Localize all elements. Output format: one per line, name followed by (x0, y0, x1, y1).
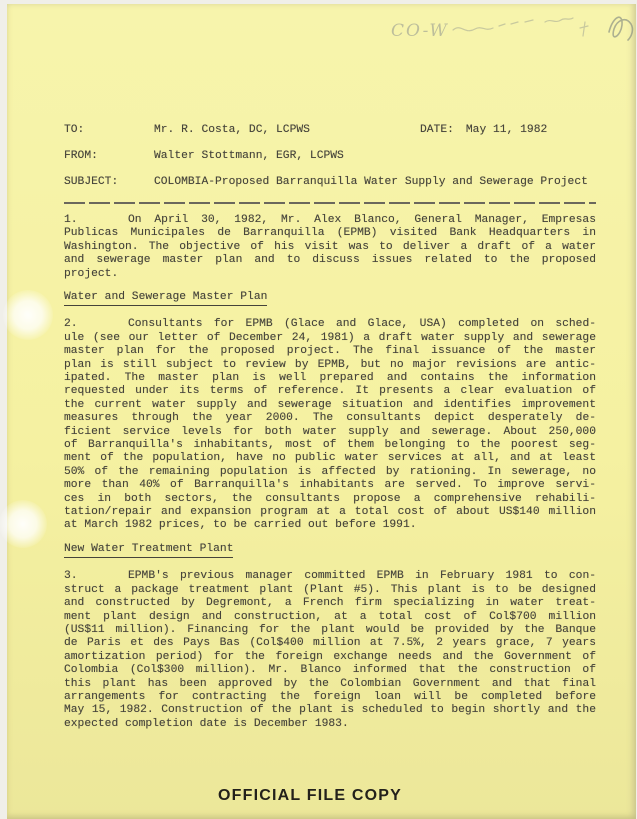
memo-paper: CO-W TO:Mr. R. Costa, DC, LCPWS DATE:May… (7, 4, 636, 819)
handwritten-text: CO-W (391, 21, 449, 41)
memo-line: and sewerage master plan and to discuss … (64, 254, 596, 267)
section-heading: Water and Sewerage Master Plan (64, 291, 267, 306)
scanned-memo-page: { "page": { "paper_color": "#f5f1a1", "i… (0, 0, 637, 819)
memo-from-row: FROM:Walter Stottmann, EGR, LCPWS (64, 150, 596, 163)
memo-subject-row: SUBJECT:COLOMBIA-Proposed Barranquilla W… (64, 176, 596, 189)
memo-line: 50% of the remaining population is affec… (64, 466, 596, 479)
subject-value: COLOMBIA-Proposed Barranquilla Water Sup… (154, 176, 588, 188)
to-label: TO: (64, 124, 154, 137)
paragraph-number: 3. (64, 570, 128, 583)
memo-line: this plant has been approved by the Colo… (64, 678, 596, 691)
memo-line: ment plant design and construction, at a… (64, 611, 596, 624)
memo-line: master plan for the proposed project. Th… (64, 345, 596, 358)
memo-line: plan is still subject to review by EPMB,… (64, 359, 596, 372)
subject-label: SUBJECT: (64, 176, 154, 189)
memo-line: ule (see our letter of December 24, 1981… (64, 332, 596, 345)
paragraph-number: 1. (64, 214, 128, 227)
paragraph-first-line-text: EPMB's previous manager committed EPMB i… (128, 570, 596, 582)
memo-line: Washington. The objective of his visit w… (64, 241, 596, 254)
memo-line: expected completion date is December 198… (64, 718, 596, 731)
memo-line: arrangements for contracting the foreign… (64, 691, 596, 704)
memo-line: requested under its terms of reference. … (64, 385, 596, 398)
paragraph: 1.On April 30, 1982, Mr. Alex Blanco, Ge… (64, 214, 596, 281)
handwritten-annotation: CO-W (387, 6, 637, 54)
paragraph: 2.Consultants for EPMB (Glace and Glace,… (64, 318, 596, 533)
memo-line: May 15, 1982. Construction of the plant … (64, 704, 596, 717)
memo-line: 3.EPMB's previous manager committed EPMB… (64, 570, 596, 583)
memo-line: measures through the year 2000. The cons… (64, 412, 596, 425)
date-label: DATE: (420, 124, 454, 136)
memo-line: de Paris et des Pays Bas (Col$400 millio… (64, 637, 596, 650)
memo-line: project. (64, 268, 596, 281)
memo-content: TO:Mr. R. Costa, DC, LCPWS DATE:May 11, … (64, 124, 596, 741)
section-heading-row: New Water Treatment Plant (64, 543, 596, 564)
separator-rule (64, 202, 596, 204)
memo-line: tation/repair and expansion program at a… (64, 506, 596, 519)
hole-punch-glow (3, 290, 53, 340)
memo-to-row: TO:Mr. R. Costa, DC, LCPWS DATE:May 11, … (64, 124, 596, 137)
from-value: Walter Stottmann, EGR, LCPWS (154, 150, 344, 162)
section-heading: New Water Treatment Plant (64, 543, 233, 558)
memo-line: 2.Consultants for EPMB (Glace and Glace,… (64, 318, 596, 331)
memo-line: amortization period) for the foreign exc… (64, 651, 596, 664)
memo-date: DATE:May 11, 1982 (420, 124, 547, 137)
paragraph: 3.EPMB's previous manager committed EPMB… (64, 570, 596, 731)
section-heading-row: Water and Sewerage Master Plan (64, 291, 596, 312)
memo-line: ces in both sectors, the consultants pro… (64, 493, 596, 506)
memo-line: Colombia (Col$300 million). Mr. Blanco i… (64, 664, 596, 677)
from-label: FROM: (64, 150, 154, 163)
memo-line: Publicas Municipales de Barranquilla (EP… (64, 227, 596, 240)
memo-line: ficient service levels for both water su… (64, 426, 596, 439)
memo-line: ment of the population, have no public w… (64, 452, 596, 465)
memo-body: 1.On April 30, 1982, Mr. Alex Blanco, Ge… (64, 202, 596, 731)
hole-punch-glow (0, 500, 47, 548)
paragraph-first-line-text: On April 30, 1982, Mr. Alex Blanco, Gene… (128, 214, 596, 226)
paragraph-number: 2. (64, 318, 128, 331)
memo-line: (US$11 million). Financing for the plant… (64, 624, 596, 637)
memo-line: more than 40% of Barranquilla's inhabita… (64, 479, 596, 492)
date-value: May 11, 1982 (466, 124, 547, 136)
memo-line: at March 1982 prices, to be carried out … (64, 519, 596, 532)
memo-line: the current water supply and sewerage si… (64, 399, 596, 412)
memo-line: struct a package treatment plant (Plant … (64, 584, 596, 597)
paragraph-first-line-text: Consultants for EPMB (Glace and Glace, U… (128, 318, 596, 330)
to-value: Mr. R. Costa, DC, LCPWS (154, 124, 310, 136)
official-file-copy-stamp: OFFICIAL FILE COPY (43, 787, 577, 805)
memo-line: and constructed by Degremont, a French f… (64, 597, 596, 610)
memo-line: ipated. The master plan is well prepared… (64, 372, 596, 385)
memo-line: of Barranquilla's inhabitants, most of t… (64, 439, 596, 452)
memo-line: 1.On April 30, 1982, Mr. Alex Blanco, Ge… (64, 214, 596, 227)
